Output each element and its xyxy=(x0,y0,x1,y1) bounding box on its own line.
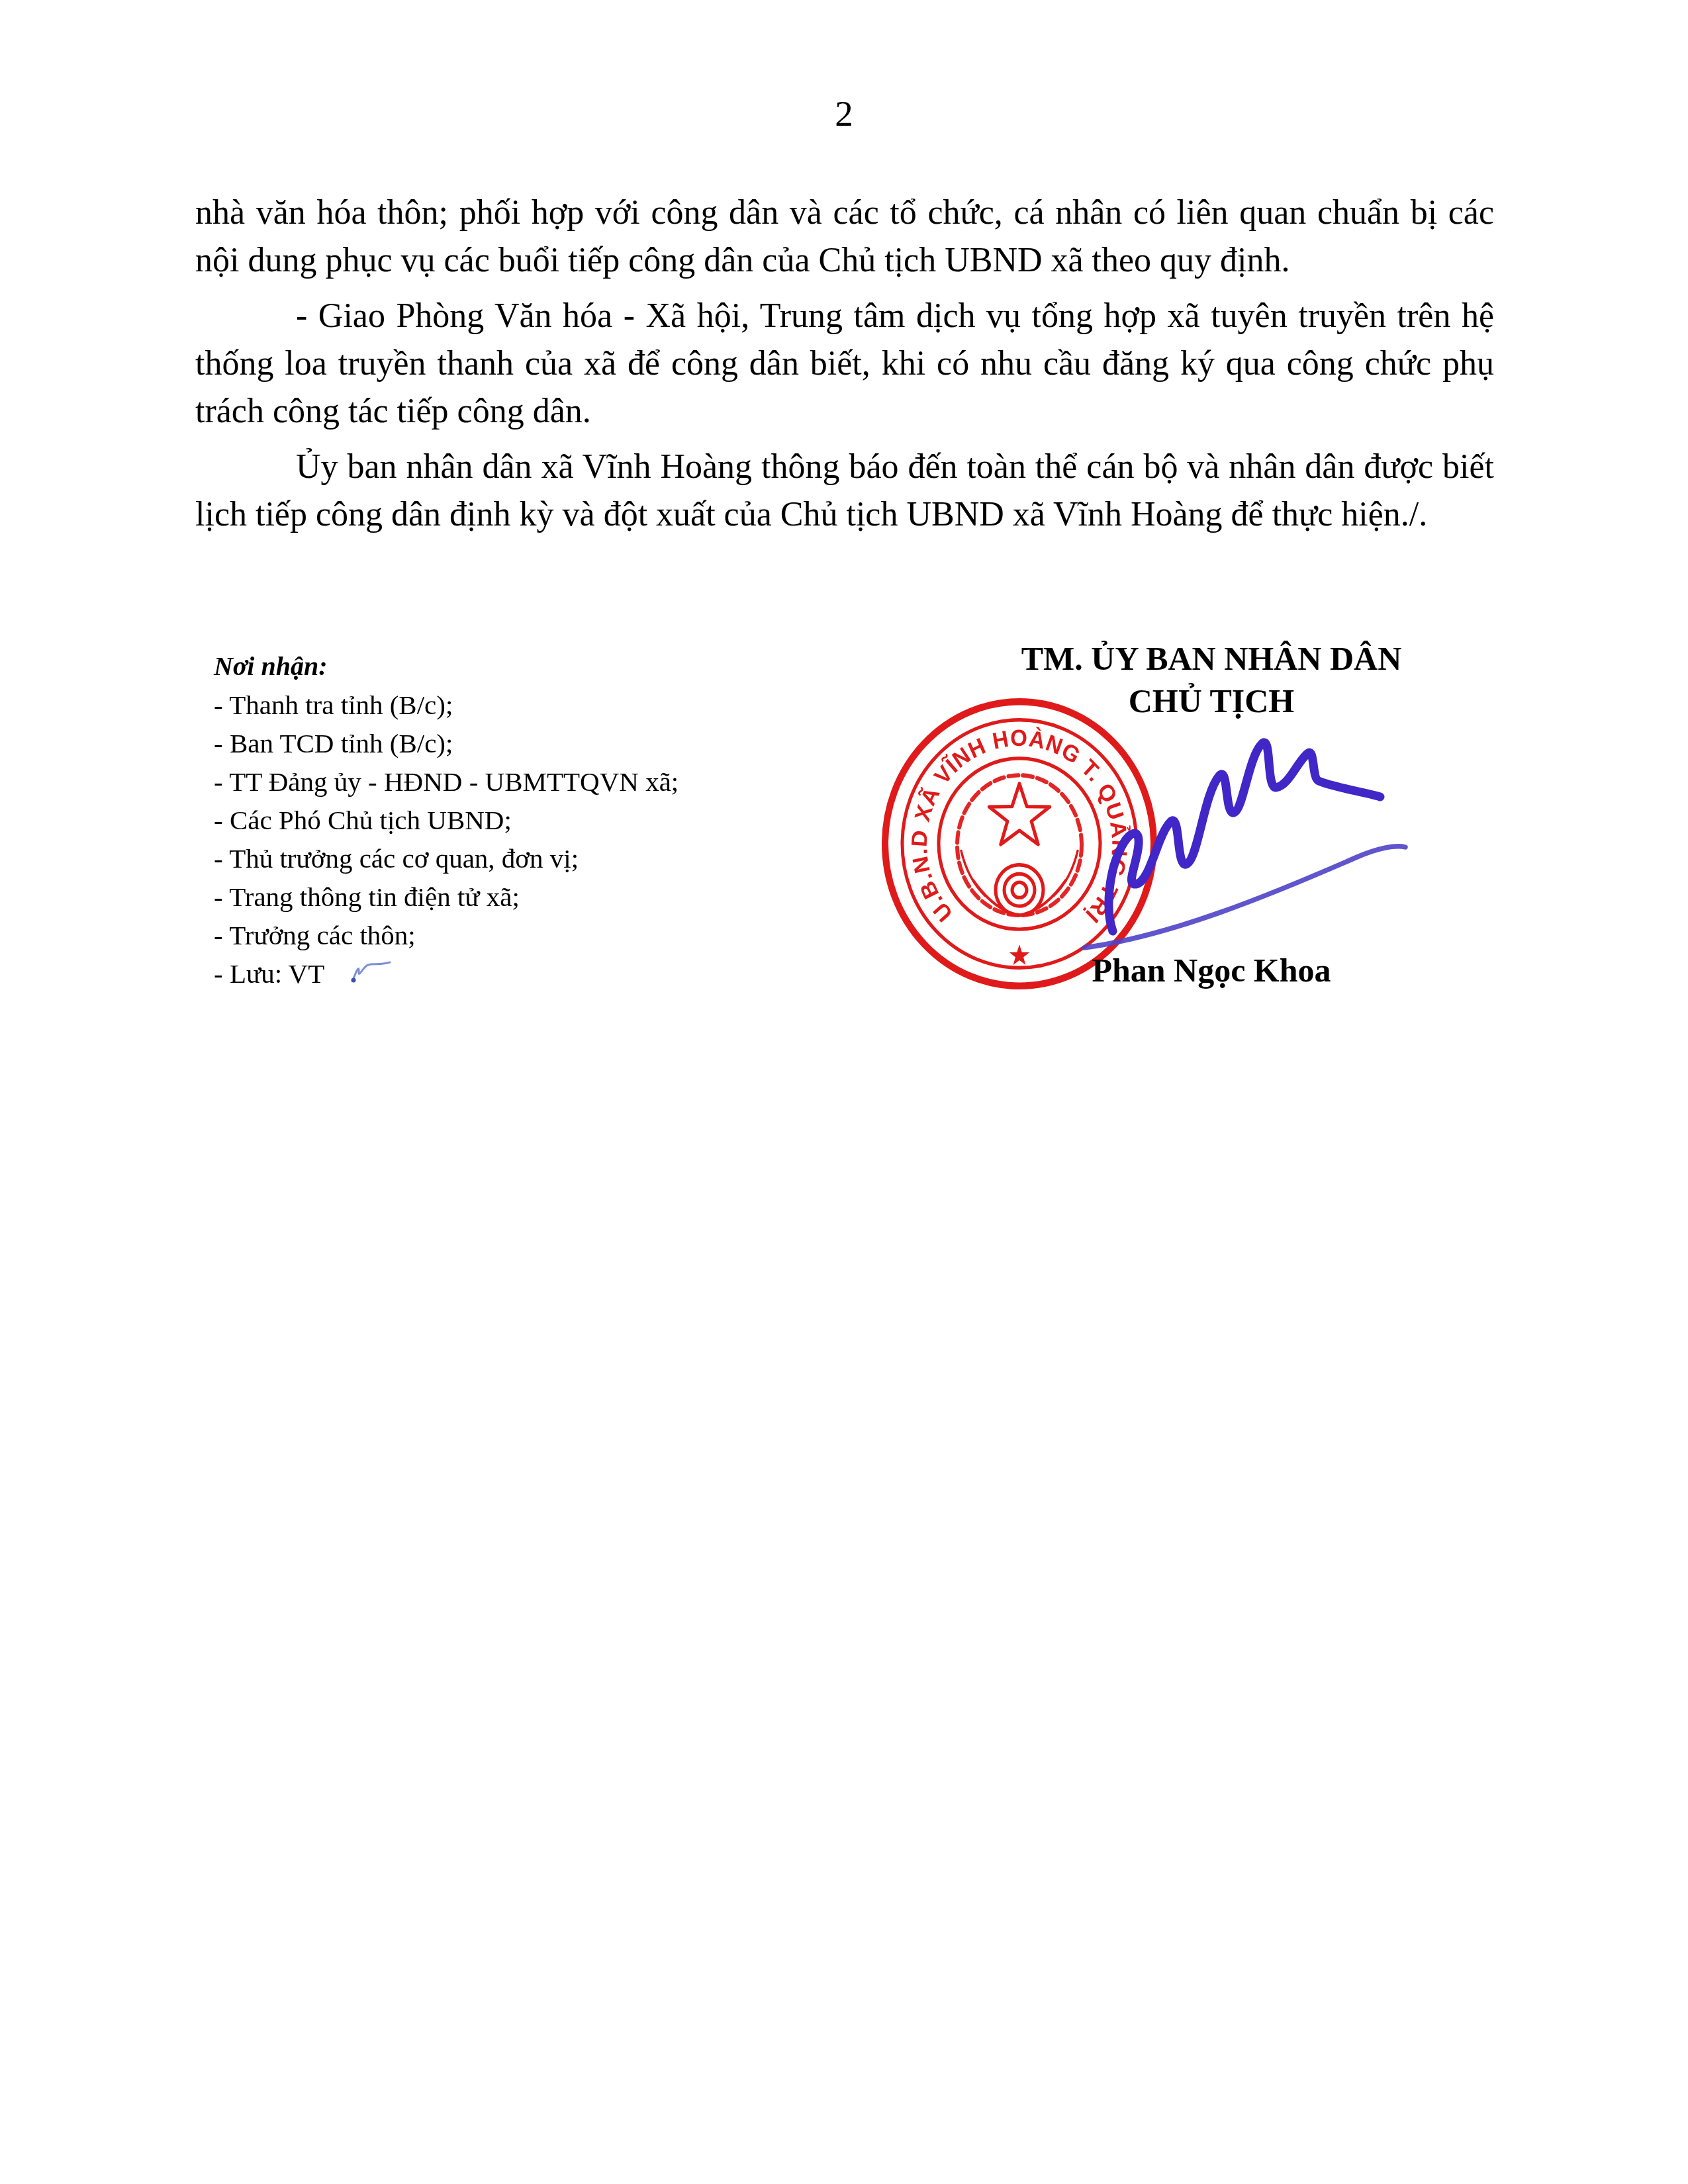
recipient-item: - Ban TCD tỉnh (B/c); xyxy=(214,724,679,762)
recipient-item: - Lưu: VT xyxy=(214,954,679,993)
page-number: 2 xyxy=(0,93,1688,134)
recipient-item: - Thủ trưởng các cơ quan, đơn vị; xyxy=(214,839,679,878)
paragraph-3: Ủy ban nhân dân xã Vĩnh Hoàng thông báo … xyxy=(195,443,1494,539)
recipient-item: - Các Phó Chủ tịch UBND; xyxy=(214,801,679,839)
document-page: 2 nhà văn hóa thôn; phối hợp với công dâ… xyxy=(0,0,1688,2184)
recipient-item: - Trang thông tin điện tử xã; xyxy=(214,878,679,916)
document-body: nhà văn hóa thôn; phối hợp với công dân … xyxy=(195,189,1494,547)
recipient-item: - Trưởng các thôn; xyxy=(214,916,679,954)
recipients-block: Nơi nhận: - Thanh tra tỉnh (B/c); - Ban … xyxy=(214,647,679,993)
signature-ink xyxy=(1046,715,1423,960)
signing-authority: TM. ỦY BAN NHÂN DÂN xyxy=(947,637,1476,680)
signer-name: Phan Ngọc Khoa xyxy=(947,951,1476,989)
flourish-dot xyxy=(352,978,356,983)
paragraph-1: nhà văn hóa thôn; phối hợp với công dân … xyxy=(195,189,1494,285)
recipients-heading: Nơi nhận: xyxy=(214,647,679,686)
paragraph-2: - Giao Phòng Văn hóa - Xã hội, Trung tâm… xyxy=(195,293,1494,435)
clerk-initials-ink xyxy=(349,957,395,987)
recipient-item: - TT Đảng ủy - HĐND - UBMTTQVN xã; xyxy=(214,762,679,801)
recipient-item: - Thanh tra tỉnh (B/c); xyxy=(214,686,679,724)
flourish-stroke xyxy=(353,962,390,981)
emblem-star-icon xyxy=(989,784,1049,844)
